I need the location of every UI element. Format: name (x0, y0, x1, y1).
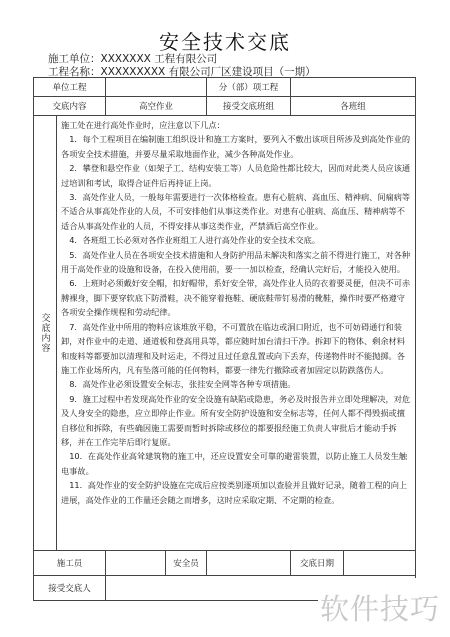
safety-officer-value[interactable] (207, 551, 291, 576)
receiving-team-label: 接受交底班组 (207, 97, 291, 116)
date-label: 交底日期 (291, 551, 344, 576)
content-item-10: 10．在高处作业高耸建筑物的施工中，还应设置安全可靠的避雷装置，以防止施工人员发… (61, 449, 411, 478)
safety-officer-label: 安全员 (166, 551, 207, 576)
content-side-label: 交底内容 (39, 313, 52, 353)
constructor-label: 施工员 (34, 551, 106, 576)
sub-project-label: 分（部）项工程 (207, 78, 291, 97)
content-item-7: 7．高处作业中所用的物料应该堆放平稳，不可置放在临边或洞口附近，也不可妨碍通行和… (61, 320, 411, 378)
content-item-2: 2．攀登和悬空作业（如架子工、结构安装工等）人员危险性都比较大，因而对此类人员应… (61, 161, 411, 190)
content-body: 施工处在进行高处作业时，应注意以下几点： 1．每个工程项目在编制施工组织设计和施… (57, 116, 416, 551)
sub-project-value[interactable] (291, 78, 416, 97)
content-value[interactable]: 高空作业 (106, 97, 207, 116)
content-item-8: 8．高处作业必须设置安全标志，张挂安全网等各种专项措施。 (61, 377, 411, 391)
content-label: 交底内容 (34, 97, 106, 116)
content-item-9: 9．施工过程中若发现高处作业的安全设施有缺陷或隐患，务必及时报告并立即处理解决，… (61, 392, 411, 450)
unit-project-label: 单位工程 (34, 78, 106, 97)
header-row-2: 交底内容 高空作业 接受交底班组 各班组 (34, 97, 416, 116)
content-item-3: 3．高处作业人员，一般每年需要进行一次体格检查。患有心脏病、高血压、精神病、间痫… (61, 190, 411, 233)
content-item-1: 1．每个工程项目在编制施工组织设计和施工方案时，要列入不敷出该项目所涉及到高处作… (61, 132, 411, 161)
header-row-1: 单位工程 分（部）项工程 (34, 78, 416, 97)
unit-project-value[interactable] (106, 78, 207, 97)
content-item-6: 6．上班时必须戴好安全帽，扣好帽带，系好安全带，高处作业人员的衣着要灵便，但决不… (61, 276, 411, 319)
receiving-team-value[interactable]: 各班组 (291, 97, 416, 116)
content-item-4: 4．各班组工长必须对各作业班组工人进行高处作业的安全技术交底。 (61, 233, 411, 247)
content-item-5: 5．高处作业人员在各项安全技术措施和人身防护用品未解决和落实之前不得进行施工，对… (61, 248, 411, 277)
watermark-text: 软件技巧 (320, 587, 440, 628)
content-intro: 施工处在进行高处作业时，应注意以下几点： (61, 118, 411, 132)
content-item-11: 11．高处作业的安全防护设施在完成后应按类别逐项加以查验并且做好记录，随着工程的… (61, 478, 411, 507)
receiver-label: 接受交底人 (34, 576, 106, 601)
constructor-value[interactable] (106, 551, 166, 576)
safety-briefing-table: 单位工程 分（部）项工程 交底内容 高空作业 接受交底班组 各班组 交底内容 施… (33, 77, 416, 601)
content-side-cell: 交底内容 (34, 116, 57, 551)
content-row: 交底内容 施工处在进行高处作业时，应注意以下几点： 1．每个工程项目在编制施工组… (34, 116, 416, 551)
footer-row-1: 施工员 安全员 交底日期 (34, 551, 416, 576)
date-value[interactable] (344, 551, 416, 576)
